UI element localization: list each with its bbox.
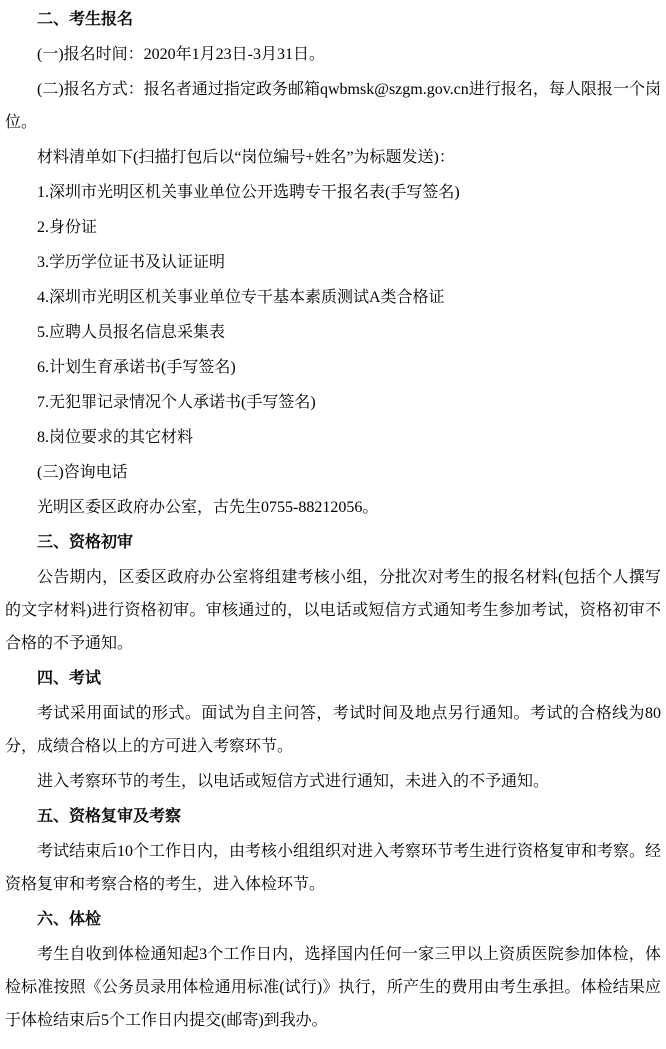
paragraph: 8.岗位要求的其它材料 [5,421,661,454]
paragraph: 考试采用面试的形式。面试为自主问答，考试时间及地点另行通知。考试的合格线为80分… [5,697,661,763]
section-heading: 六、体检 [5,903,661,936]
section-heading: 三、资格初审 [5,526,661,559]
paragraph: 进入考察环节的考生，以电话或短信方式进行通知，未进入的不予通知。 [5,765,661,798]
paragraph: (三)咨询电话 [5,456,661,489]
paragraph: 考试结束后10个工作日内，由考核小组组织对进入考察环节考生进行资格复审和考察。经… [5,835,661,901]
paragraph: 7.无犯罪记录情况个人承诺书(手写签名) [5,386,661,419]
announcement-document: 二、考生报名(一)报名时间：2020年1月23日-3月31日。(二)报名方式：报… [0,0,666,1049]
paragraph: 光明区委区政府办公室，古先生0755-88212056。 [5,491,661,524]
paragraph: 1.深圳市光明区机关事业单位公开选聘专干报名表(手写签名) [5,176,661,209]
paragraph: 考生自收到体检通知起3个工作日内，选择国内任何一家三甲以上资质医院参加体检，体检… [5,938,661,1037]
paragraph: 2.身份证 [5,211,661,244]
paragraph: 4.深圳市光明区机关事业单位专干基本素质测试A类合格证 [5,281,661,314]
paragraph: 6.计划生育承诺书(手写签名) [5,351,661,384]
section-heading: 五、资格复审及考察 [5,800,661,833]
paragraph: 3.学历学位证书及认证证明 [5,246,661,279]
paragraph: 公告期内，区委区政府办公室将组建考核小组，分批次对考生的报名材料(包括个人撰写的… [5,561,661,660]
paragraph: 5.应聘人员报名信息采集表 [5,316,661,349]
section-heading: 四、考试 [5,662,661,695]
paragraph: (一)报名时间：2020年1月23日-3月31日。 [5,38,661,71]
section-heading: 二、考生报名 [5,3,661,36]
paragraph: (二)报名方式：报名者通过指定政务邮箱qwbmsk@szgm.gov.cn进行报… [5,73,661,139]
paragraph: 材料清单如下(扫描打包后以“岗位编号+姓名”为标题发送)： [5,141,661,174]
